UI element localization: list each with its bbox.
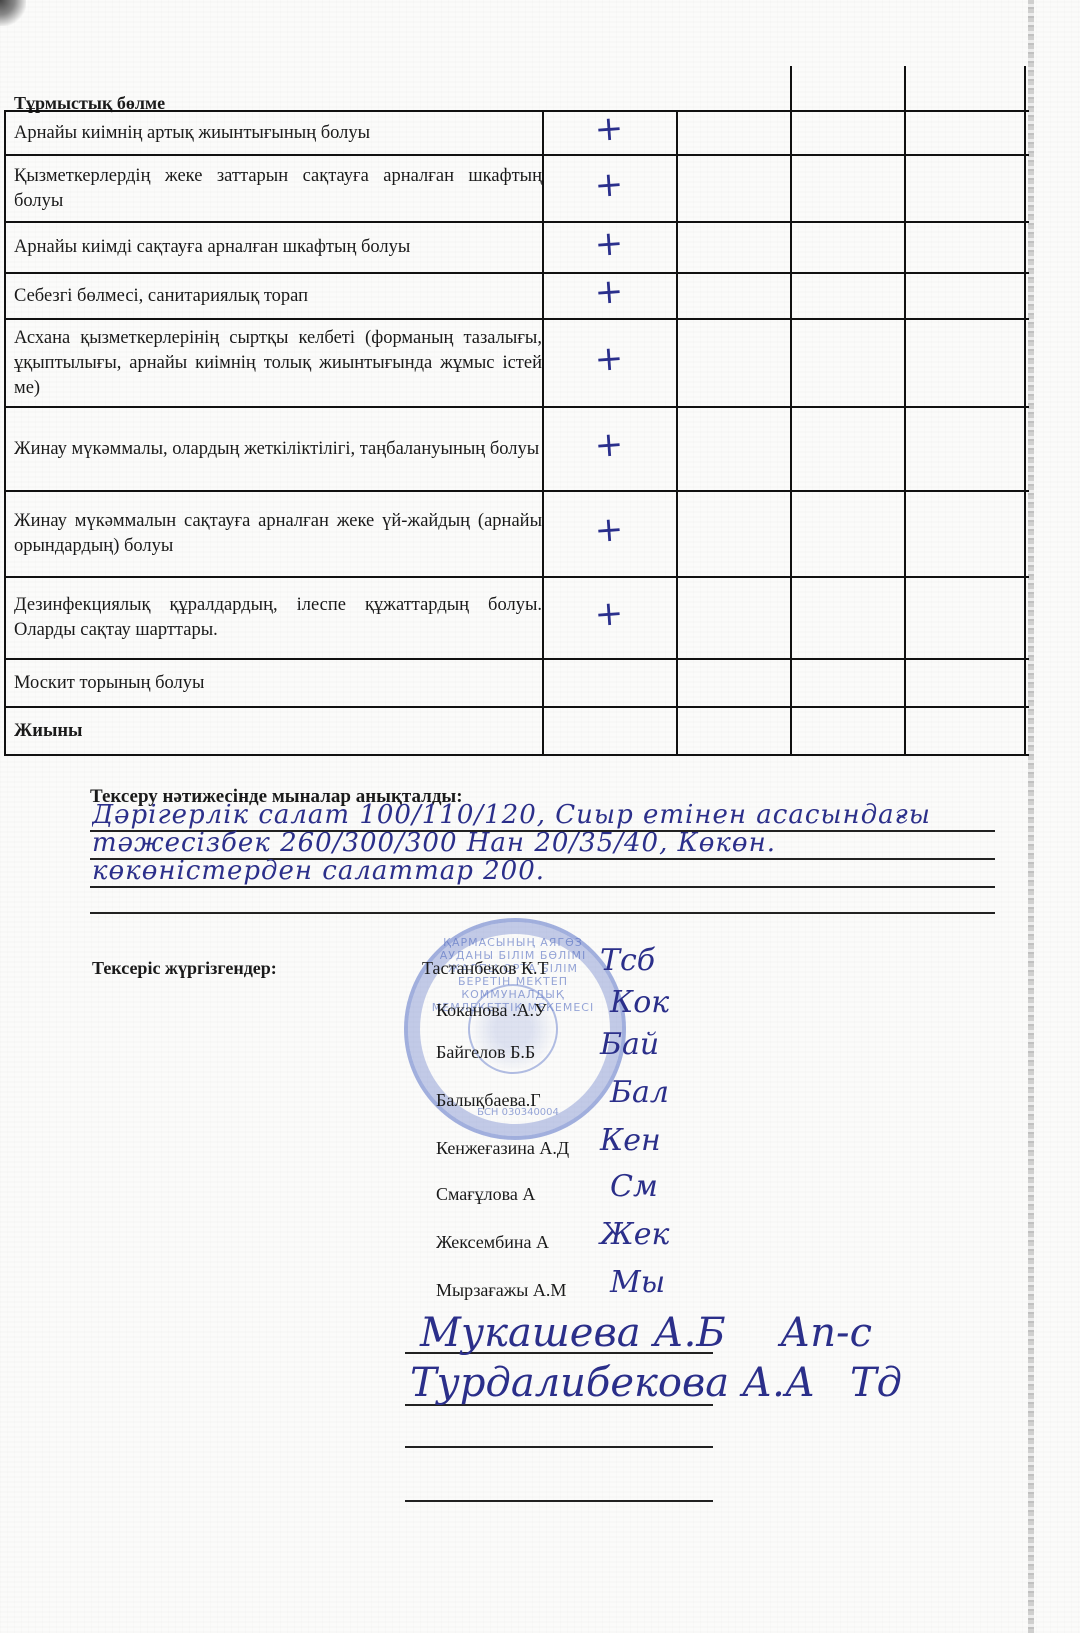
table-row-label: Арнайы киімнің артық жиынтығының болуы bbox=[14, 116, 542, 150]
table-row-border bbox=[4, 272, 1029, 274]
handwritten-signature: Тсб bbox=[600, 946, 655, 976]
table-row-border bbox=[4, 110, 1029, 112]
table-row-border bbox=[4, 706, 1029, 708]
table-col-border bbox=[676, 110, 678, 754]
check-plus-mark: + bbox=[591, 512, 627, 548]
table-row-label: Жинау мүкәммалын сақтауға арналған жеке … bbox=[14, 496, 542, 572]
table-row-border bbox=[4, 658, 1029, 660]
scan-corner-shadow bbox=[0, 0, 26, 26]
handwritten-inspector-name: Мукашева А.Б bbox=[420, 1310, 726, 1356]
table-row-label: Жинау мүкәммалы, олардың жеткіліктілігі,… bbox=[14, 412, 542, 486]
table-col-border bbox=[542, 110, 544, 754]
handwritten-signature: Бал bbox=[610, 1078, 669, 1108]
table-row-border bbox=[4, 221, 1029, 223]
table-col-border bbox=[904, 66, 906, 754]
handwritten-signature: Ап-с bbox=[780, 1310, 872, 1356]
check-plus-mark: + bbox=[591, 341, 627, 377]
handwritten-signature: Бай bbox=[600, 1030, 659, 1060]
findings-rule-line bbox=[90, 886, 995, 888]
check-plus-mark: + bbox=[591, 274, 627, 310]
findings-handwritten-text: тәжесізбек 260/300/300 Нан 20/35/40, Көк… bbox=[92, 828, 1012, 858]
handwritten-signature: Кен bbox=[600, 1126, 661, 1156]
table-row-border bbox=[4, 490, 1029, 492]
table-col-border bbox=[1024, 66, 1026, 754]
check-plus-mark: + bbox=[591, 111, 627, 147]
table-row-label: Себезгі бөлмесі, санитариялық торап bbox=[14, 278, 542, 314]
page-fold-line bbox=[1028, 0, 1034, 1633]
table-row-label: Жиыны bbox=[14, 712, 542, 750]
findings-handwritten-text: Дәрігерлік салат 100/110/120, Сиыр етіне… bbox=[92, 800, 1012, 830]
check-plus-mark: + bbox=[591, 225, 627, 261]
table-col-border bbox=[790, 66, 792, 754]
table-row-border bbox=[4, 754, 1029, 756]
handwritten-signature: Жек bbox=[600, 1220, 669, 1250]
table-row-label: Арнайы киімді сақтауға арналған шкафтың … bbox=[14, 227, 542, 268]
table-row-border bbox=[4, 576, 1029, 578]
inspector-name: Балықбаева.Г bbox=[436, 1090, 541, 1111]
handwritten-signature: Мы bbox=[610, 1268, 665, 1298]
table-row-label: Москит торының болуы bbox=[14, 664, 542, 702]
signature-line bbox=[405, 1500, 713, 1502]
handwritten-signature: Тд bbox=[850, 1360, 902, 1406]
inspector-name: Мырзағажы А.М bbox=[436, 1280, 566, 1301]
handwritten-inspector-name: Турдалибекова А.А bbox=[410, 1360, 815, 1406]
handwritten-signature: См bbox=[610, 1172, 658, 1202]
handwritten-signature: Кок bbox=[610, 988, 669, 1018]
table-row-label: Қызметкерлердің жеке заттарын сақтауға а… bbox=[14, 160, 542, 217]
inspector-name: Смағұлова А bbox=[436, 1184, 535, 1205]
inspectors-label: Тексеріс жүргізгендер: bbox=[92, 958, 277, 979]
table-row-border bbox=[4, 318, 1029, 320]
inspector-name: Кенжеғазина А.Д bbox=[436, 1138, 569, 1159]
table-row-border bbox=[4, 406, 1029, 408]
inspector-name: Коканова .А.У bbox=[436, 1000, 547, 1021]
table-row-label: Асхана қызметкерлерінің сыртқы келбеті (… bbox=[14, 324, 542, 402]
check-plus-mark: + bbox=[591, 166, 627, 202]
inspector-name: Жексембина А bbox=[436, 1232, 549, 1253]
table-row-label: Дезинфекциялық құралдардың, ілеспе құжат… bbox=[14, 582, 542, 654]
signature-line bbox=[405, 1446, 713, 1448]
table-row-border bbox=[4, 154, 1029, 156]
findings-handwritten-text: көкөністерден салаттар 200. bbox=[92, 856, 1012, 886]
table-col-border bbox=[4, 110, 6, 754]
inspector-name: Тастанбеков К.Т bbox=[422, 958, 548, 979]
check-plus-mark: + bbox=[591, 596, 627, 632]
inspector-name: Байгелов Б.Б bbox=[436, 1042, 535, 1063]
check-plus-mark: + bbox=[591, 427, 627, 463]
findings-rule-line bbox=[90, 912, 995, 914]
